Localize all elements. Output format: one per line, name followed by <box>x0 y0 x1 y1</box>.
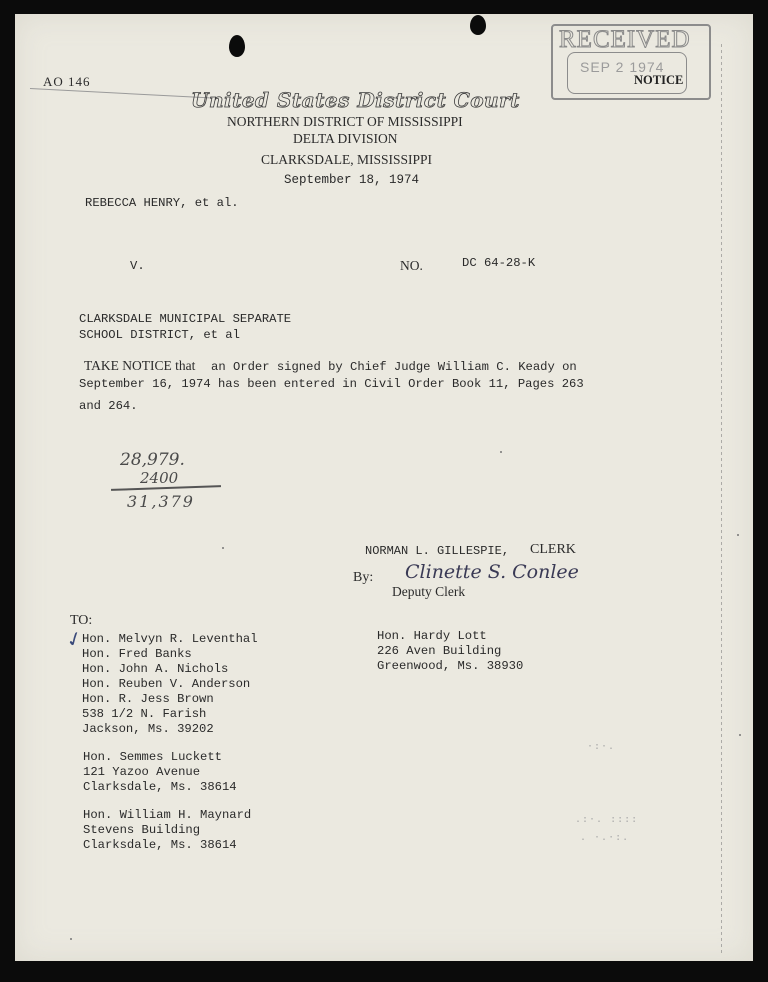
recipient-line: 538 1/2 N. Farish <box>82 707 258 722</box>
recipient-block-right: Hon. Hardy Lott 226 Aven Building Greenw… <box>377 629 523 674</box>
versus: V. <box>130 259 145 273</box>
recipient-line: Hon. R. Jess Brown <box>82 692 258 707</box>
handwritten-figure-1: 28,979. <box>120 450 185 470</box>
notice-line-3: and 264. <box>79 399 138 413</box>
defendant-line-2: SCHOOL DISTRICT, et al <box>79 328 240 342</box>
defendant-line-1: CLARKSDALE MUNICIPAL SEPARATE <box>79 312 291 326</box>
clerk-title: CLERK <box>530 542 576 558</box>
punch-hole <box>229 35 245 57</box>
notice-lead: TAKE NOTICE that <box>84 358 195 373</box>
stamp-inner-box: SEP 2 1974 NOTICE <box>567 52 687 94</box>
recipient-line: Clarksdale, Ms. 38614 <box>83 838 251 853</box>
smudge-mark: . ·.·:. <box>580 832 629 843</box>
deputy-signature: Clinette S. Conlee <box>405 561 579 583</box>
recipient-line: Clarksdale, Ms. 38614 <box>83 780 237 795</box>
form-id: AO 146 <box>43 74 91 90</box>
recipient-line: Greenwood, Ms. 38930 <box>377 659 523 674</box>
recipient-line: Jackson, Ms. 39202 <box>82 722 258 737</box>
recipient-block-3: Hon. William H. Maynard Stevens Building… <box>83 808 251 853</box>
stamp-received-label: RECEIVED <box>559 27 691 53</box>
fold-line <box>721 44 722 954</box>
case-number-label: NO. <box>400 258 423 274</box>
received-stamp: RECEIVED SEP 2 1974 NOTICE <box>551 24 711 100</box>
recipient-line: Hon. William H. Maynard <box>83 808 251 823</box>
recipient-line: Hon. John A. Nichols <box>82 662 258 677</box>
case-number: DC 64-28-K <box>462 256 535 270</box>
document-page: AO 146 RECEIVED SEP 2 1974 NOTICE United… <box>15 14 753 961</box>
recipient-line: Hon. Semmes Luckett <box>83 750 237 765</box>
document-date: September 18, 1974 <box>284 173 419 187</box>
recipient-line: Hon. Reuben V. Anderson <box>82 677 258 692</box>
recipient-block-2: Hon. Semmes Luckett 121 Yazoo Avenue Cla… <box>83 750 237 795</box>
recipient-line: 121 Yazoo Avenue <box>83 765 237 780</box>
stamp-notice: NOTICE <box>634 73 683 88</box>
handwritten-figure-2: 2400 <box>140 469 178 487</box>
smudge-mark: ·:·. <box>587 741 615 752</box>
speck <box>500 451 502 453</box>
speck <box>739 734 741 736</box>
deputy-title: Deputy Clerk <box>392 584 465 600</box>
recipient-line: Hon. Fred Banks <box>82 647 258 662</box>
court-title: United States District Court <box>191 88 520 112</box>
speck <box>222 547 224 549</box>
city-name: CLARKSDALE, MISSISSIPPI <box>261 152 432 168</box>
clerk-name: NORMAN L. GILLESPIE, <box>365 544 509 558</box>
notice-paragraph: TAKE NOTICE that an Order signed by Chie… <box>84 355 577 374</box>
recipient-line: 226 Aven Building <box>377 644 523 659</box>
notice-line-2: September 16, 1974 has been entered in C… <box>79 377 584 391</box>
speck <box>70 938 72 940</box>
recipient-block-1: Hon. Melvyn R. Leventhal Hon. Fred Banks… <box>82 632 258 737</box>
division-name: DELTA DIVISION <box>293 131 398 147</box>
speck <box>737 534 739 536</box>
notice-line-1: an Order signed by Chief Judge William C… <box>211 360 577 374</box>
by-label: By: <box>353 570 373 586</box>
smudge-mark: .:·. :::: <box>575 814 638 825</box>
handwritten-total: 31,379 <box>127 492 195 511</box>
plaintiff: REBECCA HENRY, et al. <box>85 196 239 210</box>
recipient-line: Hon. Melvyn R. Leventhal <box>82 632 258 647</box>
district-name: NORTHERN DISTRICT OF MISSISSIPPI <box>227 114 463 130</box>
recipient-line: Hon. Hardy Lott <box>377 629 523 644</box>
recipient-line: Stevens Building <box>83 823 251 838</box>
punch-hole <box>470 15 486 35</box>
